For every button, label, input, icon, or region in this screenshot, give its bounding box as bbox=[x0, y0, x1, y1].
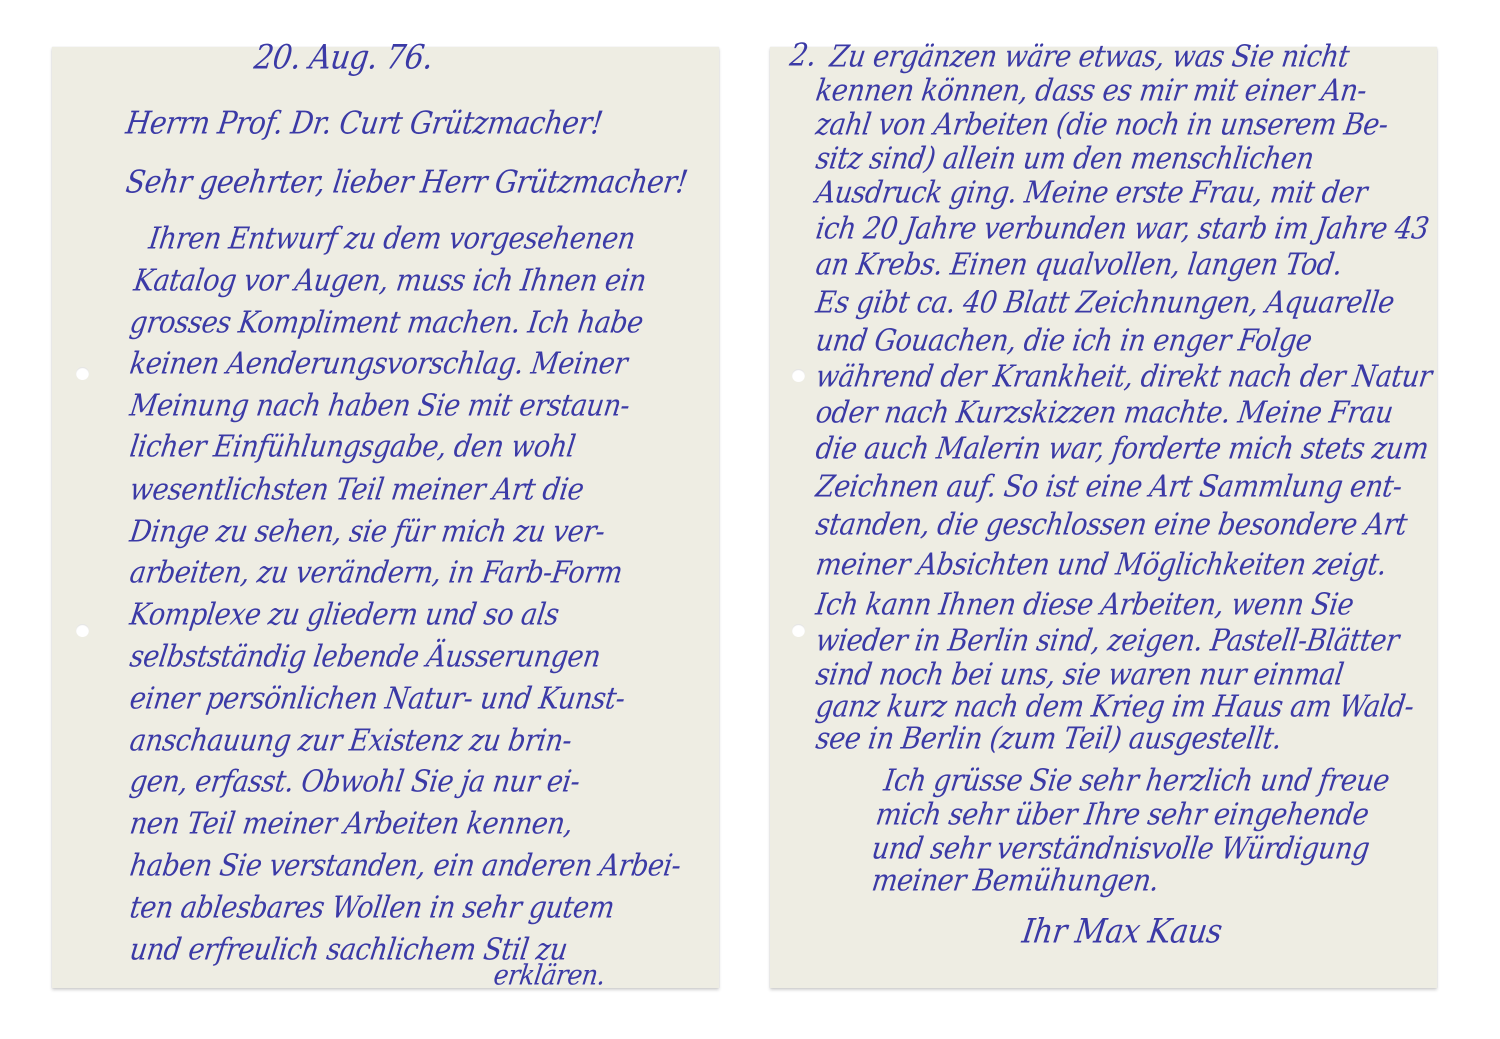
body-line: Dinge zu sehen, sie für mich zu ver- bbox=[128, 517, 606, 547]
body-line: haben Sie verstanden, ein anderen Arbei- bbox=[128, 851, 682, 881]
punch-hole bbox=[76, 367, 89, 380]
body-line: Ausdruck ging. Meine erste Frau, mit der bbox=[814, 178, 1369, 208]
body-line: an Krebs. Einen qualvollen, langen Tod. bbox=[814, 250, 1344, 280]
body-line: einer persönlichen Natur- und Kunst- bbox=[128, 684, 627, 714]
body-line: Ihren Entwurf zu dem vorgesehenen bbox=[147, 224, 637, 254]
body-line: und Gouachen, die ich in enger Folge bbox=[814, 326, 1314, 356]
body-line: standen, die geschlossen eine besondere … bbox=[814, 510, 1409, 540]
closing-line: und sehr verständnisvolle Würdigung bbox=[870, 834, 1371, 864]
salutation-recipient: Herrn Prof. Dr. Curt Grützmacher! bbox=[124, 108, 604, 139]
closing-line: meiner Bemühungen. bbox=[870, 866, 1161, 896]
body-line: Komplexe zu gliedern und so als bbox=[128, 600, 561, 630]
body-line: erklären. bbox=[492, 961, 607, 989]
page-number: 2. bbox=[788, 40, 818, 71]
body-line: Meinung nach haben Sie mit erstaun- bbox=[128, 391, 631, 421]
body-line: selbstständig lebende Äusserungen bbox=[128, 642, 602, 672]
closing-line: mich sehr über Ihre sehr eingehende bbox=[874, 800, 1370, 830]
body-line: meiner Absichten und Möglichkeiten zeigt… bbox=[814, 550, 1388, 580]
body-line: ten ablesbares Wollen in sehr gutem bbox=[128, 893, 616, 923]
closing-line: Ich grüsse Sie sehr herzlich und freue bbox=[882, 766, 1391, 796]
body-line: sitz sind) allein um den menschlichen bbox=[814, 144, 1315, 174]
body-line: zahl von Arbeiten (die noch in unserem B… bbox=[814, 110, 1390, 140]
punch-hole bbox=[792, 624, 805, 637]
body-line: die auch Malerin war, forderte mich stet… bbox=[814, 434, 1430, 464]
punch-hole bbox=[76, 624, 89, 637]
body-line: Zeichnen auf. So ist eine Art Sammlung e… bbox=[814, 472, 1404, 502]
body-line: Zu ergänzen wäre etwas, was Sie nicht bbox=[828, 42, 1351, 72]
body-line: gen, erfasst. Obwohl Sie ja nur ei- bbox=[128, 767, 581, 797]
body-line: Katalog vor Augen, muss ich Ihnen ein bbox=[132, 266, 648, 296]
body-line: see in Berlin (zum Teil) ausgestellt. bbox=[814, 724, 1283, 754]
body-line: kennen können, dass es mir mit einer An- bbox=[814, 76, 1368, 106]
letter-date: 20. Aug. 76. bbox=[252, 41, 435, 75]
body-line: oder nach Kurzskizzen machte. Meine Frau bbox=[814, 398, 1395, 428]
body-line: ich 20 Jahre verbunden war, starb im Jah… bbox=[814, 214, 1430, 244]
signature: Ihr Max Kaus bbox=[1020, 915, 1224, 949]
body-line: licher Einfühlungsgabe, den wohl bbox=[128, 432, 577, 462]
body-line: Ich kann Ihnen diese Arbeiten, wenn Sie bbox=[814, 590, 1355, 620]
letter-page-1: 20. Aug. 76. Herrn Prof. Dr. Curt Grützm… bbox=[52, 47, 719, 988]
body-line: grosses Kompliment machen. Ich habe bbox=[128, 308, 645, 338]
body-line: keinen Aenderungsvorschlag. Meiner bbox=[128, 349, 629, 379]
salutation-greeting: Sehr geehrter, lieber Herr Grützmacher! bbox=[124, 167, 689, 198]
body-line: wesentlichsten Teil meiner Art die bbox=[128, 475, 585, 505]
body-line: arbeiten, zu verändern, in Farb-Form bbox=[128, 558, 624, 588]
body-line: wieder in Berlin sind, zeigen. Pastell-B… bbox=[814, 626, 1401, 656]
punch-hole bbox=[792, 369, 805, 382]
body-line: anschauung zur Existenz zu brin- bbox=[128, 726, 573, 756]
letter-page-2: 2. Zu ergänzen wäre etwas, was Sie nicht… bbox=[770, 47, 1437, 988]
body-line: Es gibt ca. 40 Blatt Zeichnungen, Aquare… bbox=[814, 288, 1396, 318]
body-line: während der Krankheit, direkt nach der N… bbox=[814, 362, 1433, 392]
body-line: nen Teil meiner Arbeiten kennen, bbox=[128, 809, 575, 839]
body-line: ganz kurz nach dem Krieg im Haus am Wald… bbox=[814, 692, 1416, 722]
body-line: sind noch bei uns, sie waren nur einmal bbox=[814, 660, 1345, 690]
